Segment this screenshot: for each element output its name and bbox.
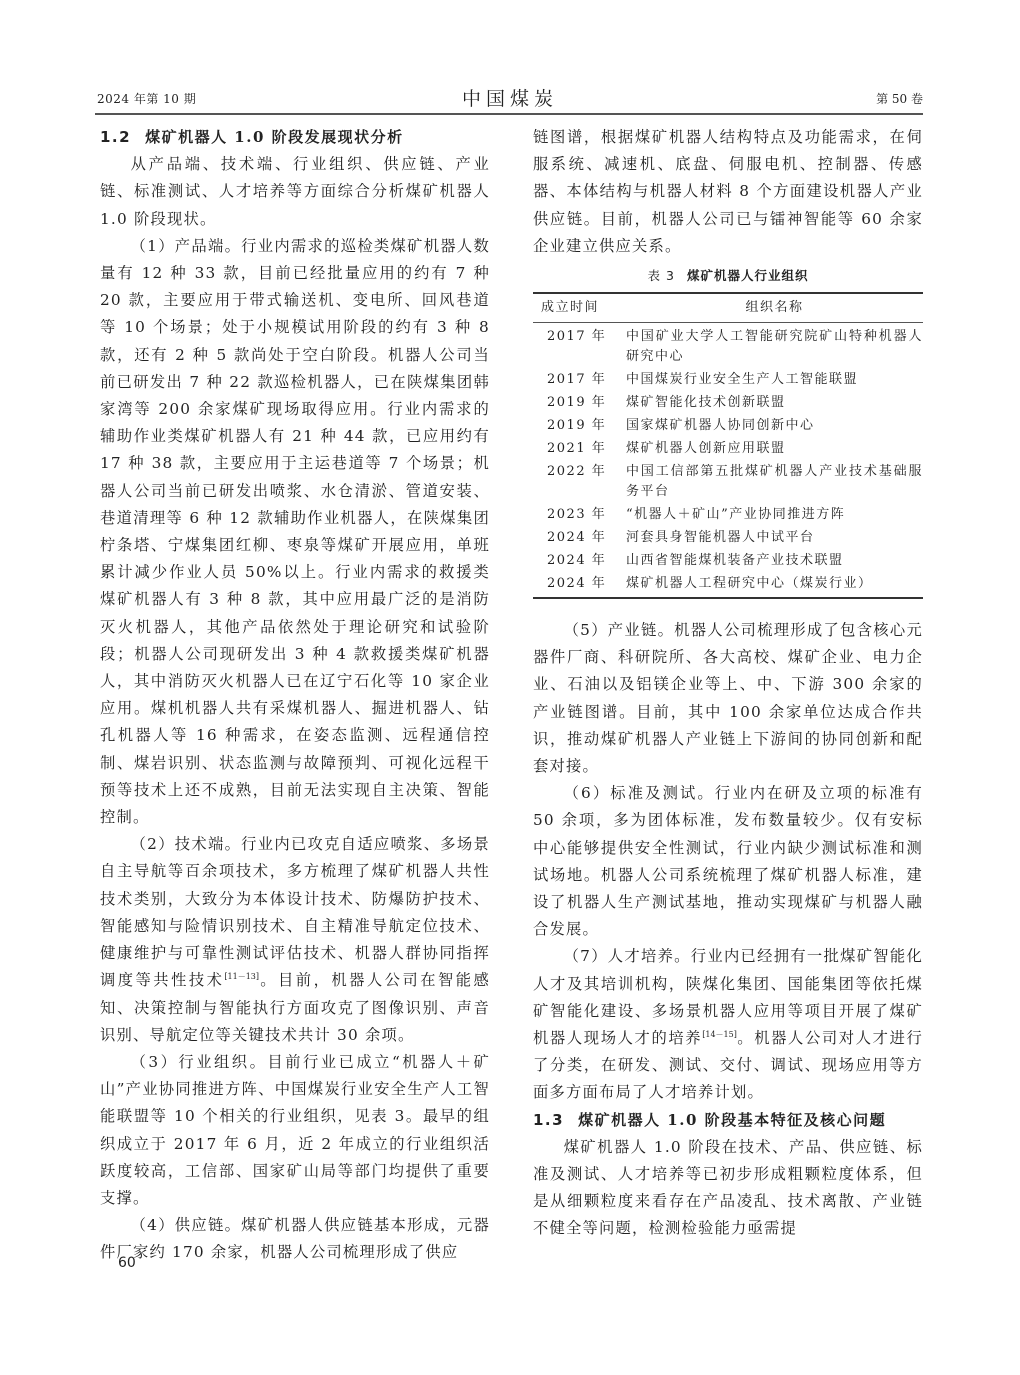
cell-name: 煤矿机器人工程研究中心（煤炭行业）: [626, 573, 923, 598]
table-row: 2024 年山西省智能煤机装备产业技术联盟: [533, 550, 923, 573]
cell-year: 2023 年: [533, 504, 626, 527]
column-header-year: 成立时间: [533, 293, 626, 323]
cell-name: 中国煤炭行业安全生产人工智能联盟: [626, 369, 923, 392]
table-row: 2019 年煤矿智能化技术创新联盟: [533, 392, 923, 415]
table-row: 2017 年中国煤炭行业安全生产人工智能联盟: [533, 369, 923, 392]
table-row: 2024 年河套具身智能机器人中试平台: [533, 527, 923, 550]
cell-name: 煤矿智能化技术创新联盟: [626, 392, 923, 415]
right-column: 链图谱，根据煤矿机器人结构特点及功能需求，在伺服系统、减速机、底盘、伺服电机、控…: [533, 124, 923, 1243]
table-row: 2023 年“机器人＋矿山”产业协同推进方阵: [533, 504, 923, 527]
cell-name: 煤矿机器人创新应用联盟: [626, 438, 923, 461]
cell-name: 河套具身智能机器人中试平台: [626, 527, 923, 550]
journal-title: 中国煤炭: [97, 84, 923, 111]
table-number: 表 3: [648, 268, 675, 283]
cell-year: 2019 年: [533, 415, 626, 438]
cell-year: 2024 年: [533, 527, 626, 550]
table-caption: 表 3煤矿机器人行业组织: [533, 266, 923, 286]
cell-name: 国家煤矿机器人协同创新中心: [626, 415, 923, 438]
intro-paragraph: 从产品端、技术端、行业组织、供应链、产业链、标准测试、人才培养等方面综合分析煤矿…: [100, 151, 490, 233]
paragraph-characteristics: 煤矿机器人 1.0 阶段在技术、产品、供应链、标准及测试、人才培养等已初步形成粗…: [533, 1134, 923, 1243]
citation-ref: [11－13]: [224, 972, 259, 981]
cell-year: 2022 年: [533, 461, 626, 504]
industry-org-table: 成立时间 组织名称 2017 年中国矿业大学人工智能研究院矿山特种机器人研究中心…: [533, 292, 923, 599]
header-rule: [95, 113, 923, 115]
cell-year: 2024 年: [533, 550, 626, 573]
paragraph-industry-org: （3）行业组织。目前行业已成立“机器人＋矿山”产业协同推进方阵、中国煤炭行业安全…: [100, 1049, 490, 1212]
paragraph-standards: （6）标准及测试。行业内在研及立项的标准有 50 余项，多为团体标准，发布数量较…: [533, 780, 923, 943]
cell-name: 中国矿业大学人工智能研究院矿山特种机器人研究中心: [626, 323, 923, 370]
table-row: 2019 年国家煤矿机器人协同创新中心: [533, 415, 923, 438]
volume-label: 第 50 卷: [876, 90, 923, 107]
cell-name: 山西省智能煤机装备产业技术联盟: [626, 550, 923, 573]
cell-year: 2017 年: [533, 369, 626, 392]
cell-name: “机器人＋矿山”产业协同推进方阵: [626, 504, 923, 527]
column-header-name: 组织名称: [626, 293, 923, 323]
table-row: 2017 年中国矿业大学人工智能研究院矿山特种机器人研究中心: [533, 323, 923, 370]
table-header-row: 成立时间 组织名称: [533, 293, 923, 323]
paragraph-product: （1）产品端。行业内需求的巡检类煤矿机器人数量有 12 种 33 款，目前已经批…: [100, 233, 490, 831]
section-number: 1.3: [533, 1111, 564, 1129]
table-title: 煤矿机器人行业组织: [687, 268, 809, 283]
table-row: 2022 年中国工信部第五批煤矿机器人产业技术基础服务平台: [533, 461, 923, 504]
page-number: 60: [118, 1255, 136, 1271]
left-column: 1.2煤矿机器人 1.0 阶段发展现状分析 从产品端、技术端、行业组织、供应链、…: [100, 124, 490, 1267]
cell-year: 2021 年: [533, 438, 626, 461]
section-title: 煤矿机器人 1.0 阶段基本特征及核心问题: [578, 1111, 886, 1129]
citation-ref: [14－15]: [702, 1030, 737, 1039]
running-header: 2024 年第 10 期 中国煤炭 第 50 卷: [97, 84, 923, 112]
section-heading-1-2: 1.2煤矿机器人 1.0 阶段发展现状分析: [100, 124, 490, 151]
paragraph-talent: （7）人才培养。行业内已经拥有一批煤矿智能化人才及其培训机构，陕煤化集团、国能集…: [533, 943, 923, 1106]
table-row: 2024 年煤矿机器人工程研究中心（煤炭行业）: [533, 573, 923, 598]
section-number: 1.2: [100, 128, 131, 146]
section-title: 煤矿机器人 1.0 阶段发展现状分析: [145, 128, 404, 146]
paragraph-text: （2）技术端。行业内已攻克自适应喷浆、多场景自主导航等百余项技术，多方梳理了煤矿…: [100, 835, 490, 989]
section-heading-1-3: 1.3煤矿机器人 1.0 阶段基本特征及核心问题: [533, 1107, 923, 1134]
cell-name: 中国工信部第五批煤矿机器人产业技术基础服务平台: [626, 461, 923, 504]
cell-year: 2017 年: [533, 323, 626, 370]
paragraph-supply-chain-cont: 链图谱，根据煤矿机器人结构特点及功能需求，在伺服系统、减速机、底盘、伺服电机、控…: [533, 124, 923, 260]
cell-year: 2019 年: [533, 392, 626, 415]
paragraph-supply-chain: （4）供应链。煤矿机器人供应链基本形成，元器件厂家约 170 余家，机器人公司梳…: [100, 1212, 490, 1266]
table-row: 2021 年煤矿机器人创新应用联盟: [533, 438, 923, 461]
cell-year: 2024 年: [533, 573, 626, 598]
paragraph-technology: （2）技术端。行业内已攻克自适应喷浆、多场景自主导航等百余项技术，多方梳理了煤矿…: [100, 831, 490, 1049]
paragraph-industry-chain: （5）产业链。机器人公司梳理形成了包含核心元器件厂商、科研院所、各大高校、煤矿企…: [533, 617, 923, 780]
